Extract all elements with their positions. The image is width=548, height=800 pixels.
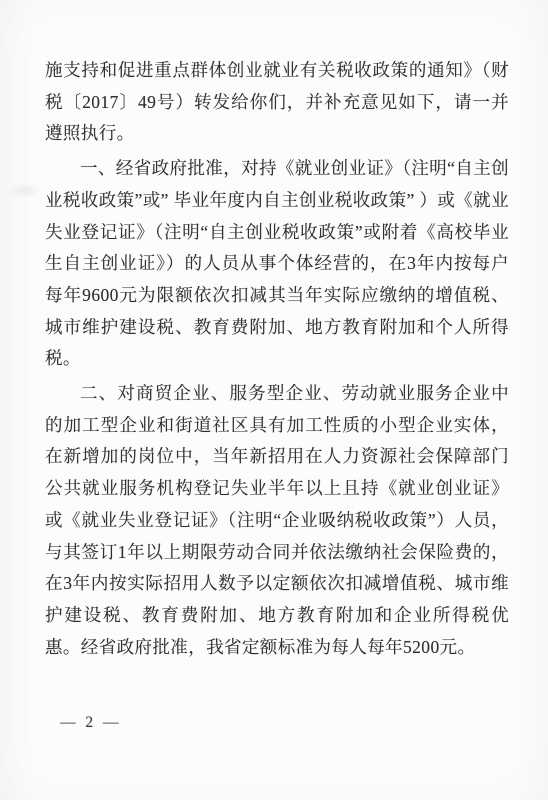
paragraph-item-2: 二、对商贸企业、服务型企业、劳动就业服务企业中的加工型企业和街道社区具有加工性质…	[45, 378, 509, 663]
page-number: — 2 —	[60, 714, 122, 731]
scanned-document-page: 施支持和促进重点群体创业就业有关税收政策的通知》（财税〔2017〕49号）转发给…	[0, 0, 548, 800]
scan-smudge	[7, 183, 43, 198]
document-body: 施支持和促进重点群体创业就业有关税收政策的通知》（财税〔2017〕49号）转发给…	[45, 55, 509, 666]
paragraph-item-1: 一、经省政府批准，对持《就业创业证》（注明“自主创业税收政策”或” 毕业年度内自…	[45, 153, 509, 375]
page-footer: — 2 —	[60, 714, 122, 732]
paragraph-continuation: 施支持和促进重点群体创业就业有关税收政策的通知》（财税〔2017〕49号）转发给…	[45, 55, 509, 150]
